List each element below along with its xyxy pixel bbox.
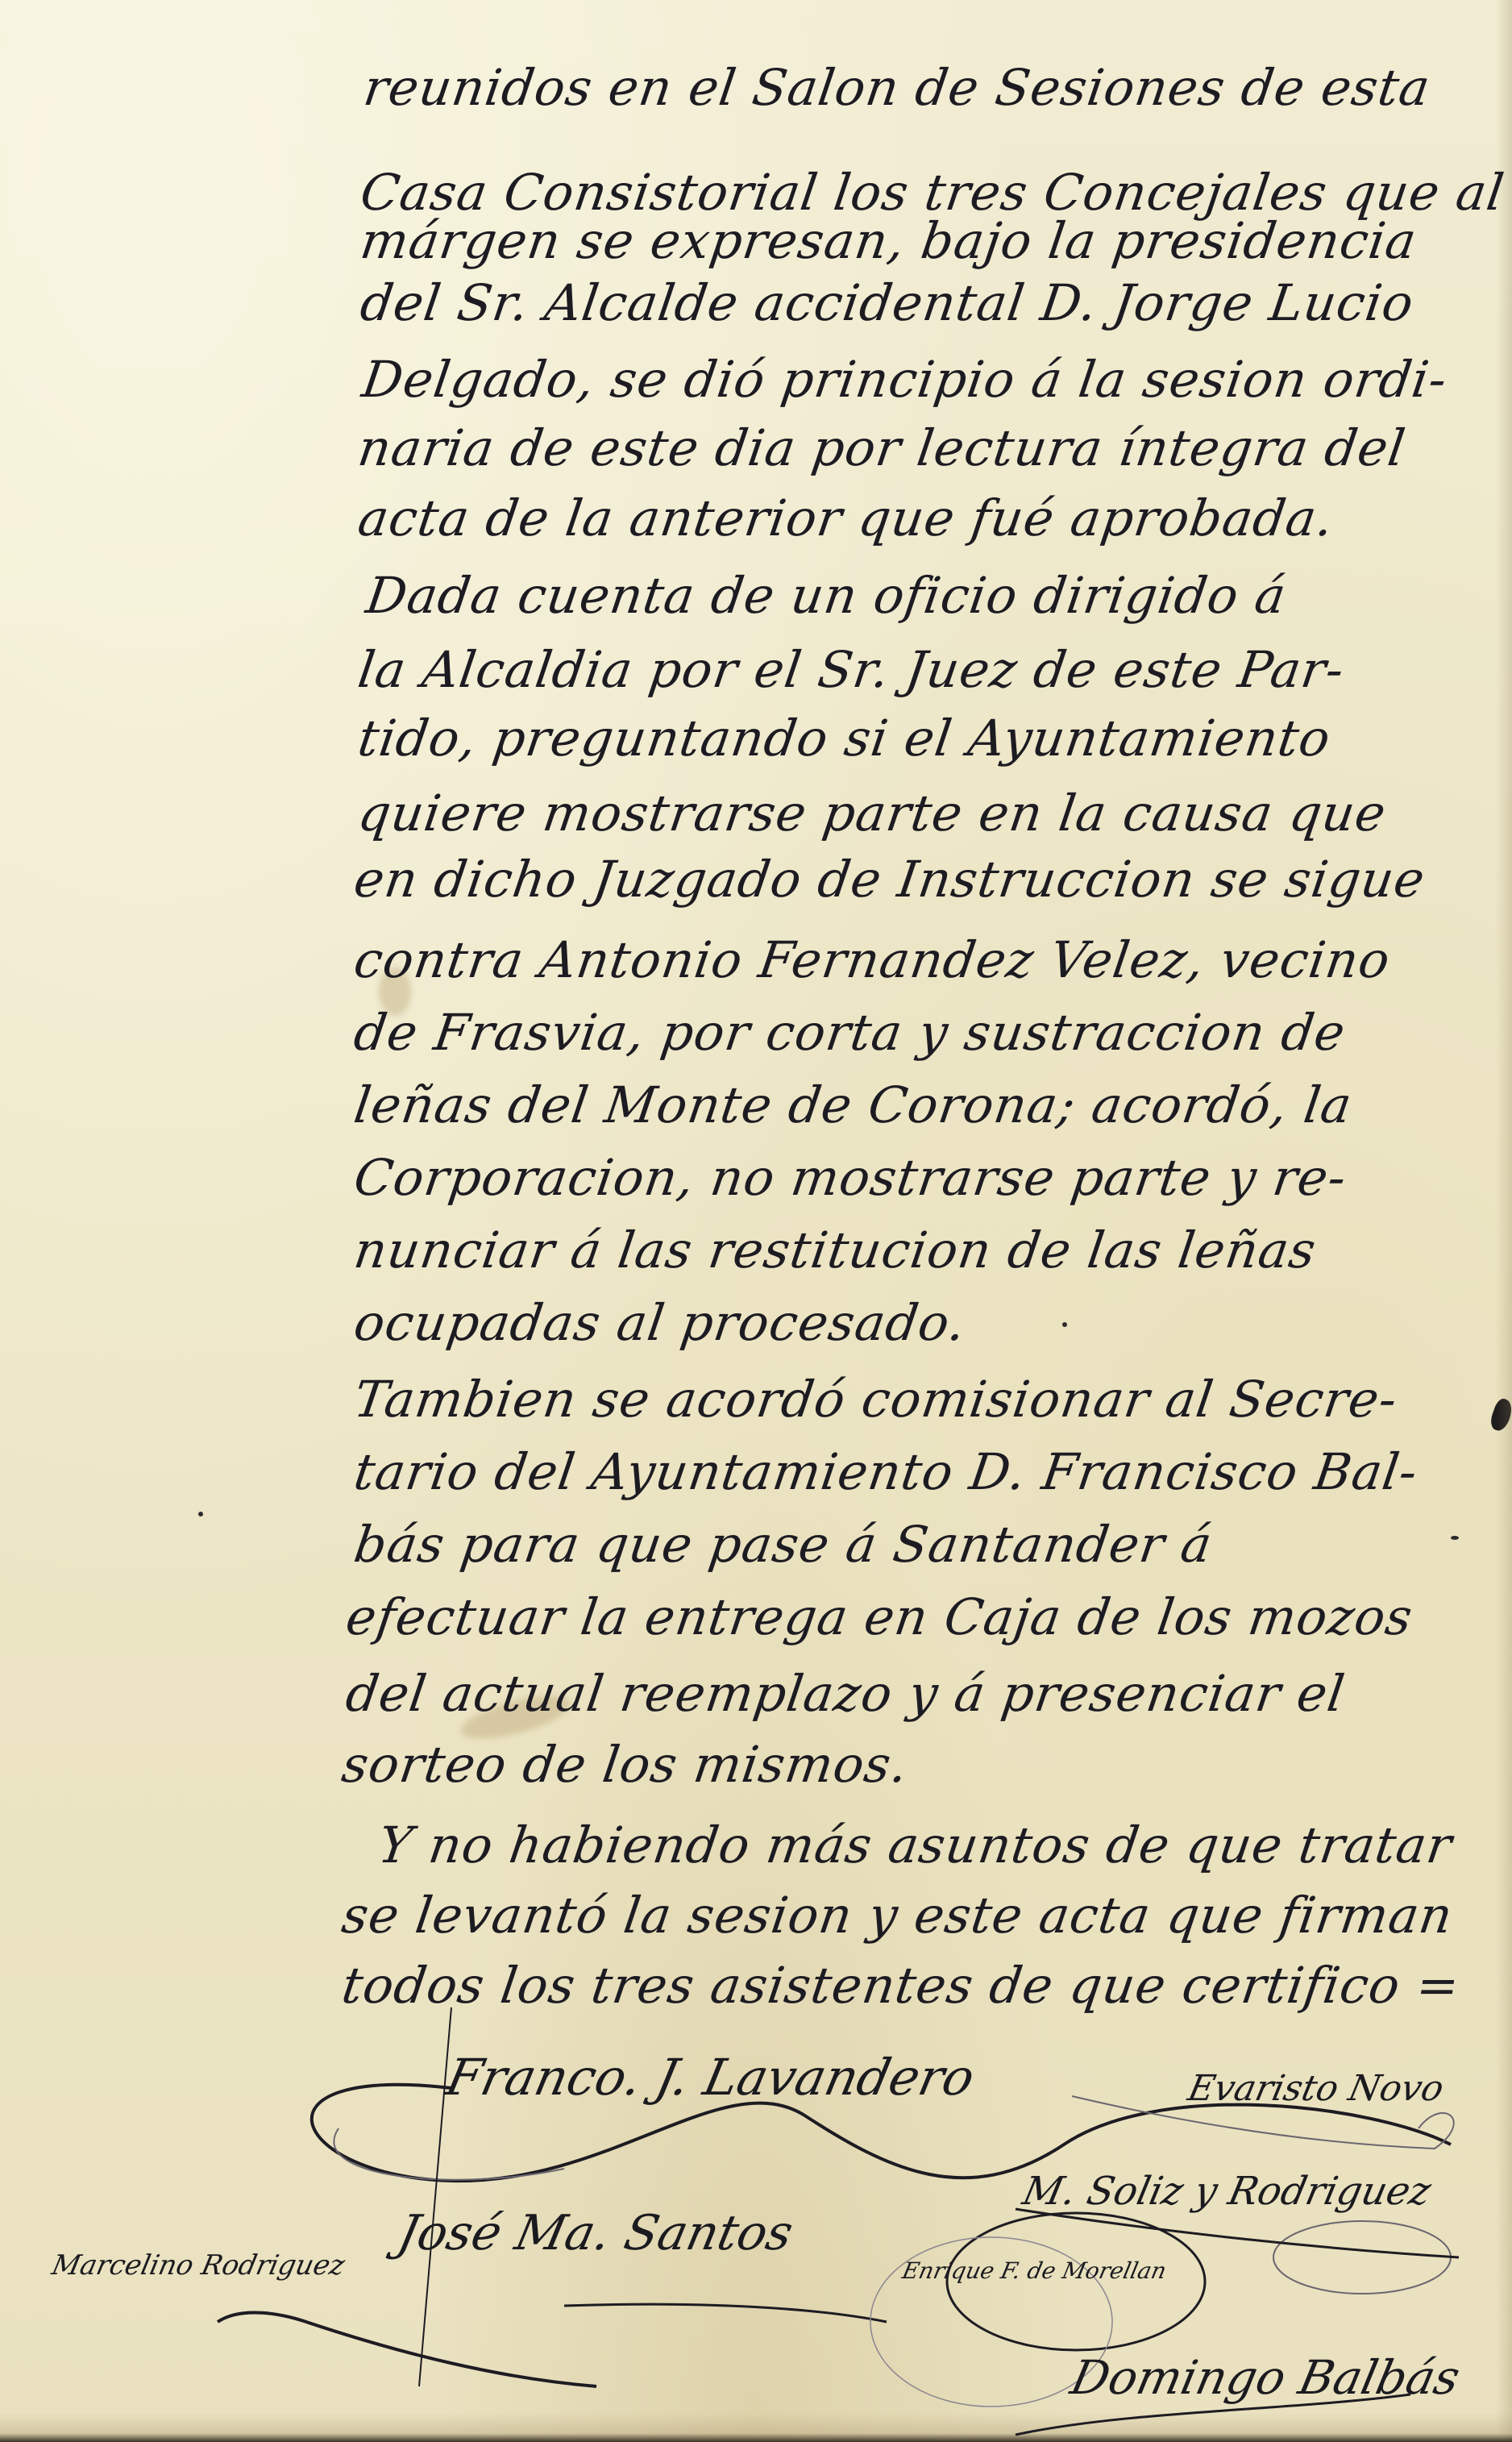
manuscript-page: reunidos en el Salon de Sesiones de esta…: [0, 0, 1512, 2442]
signature-marcelino: Marcelino Rodriguez: [49, 2249, 348, 2282]
signature-lavandero: Franco. J. Lavandero: [441, 2048, 979, 2107]
signature-balbas: Domingo Balbás: [1066, 2350, 1464, 2405]
signature-santos: José Ma. Santos: [393, 2205, 798, 2261]
signature-novo: Evaristo Novo: [1185, 2068, 1448, 2109]
signature-morellan: Enrique F. de Morellan: [899, 2257, 1169, 2284]
signature-block: Franco. J. Lavandero Evaristo Novo M. So…: [0, 0, 1512, 2442]
signature-soliz: M. Soliz y Rodriguez: [1019, 2169, 1435, 2214]
